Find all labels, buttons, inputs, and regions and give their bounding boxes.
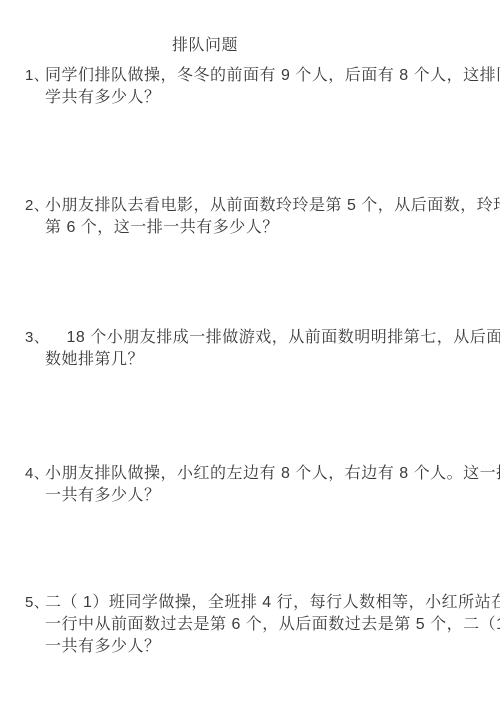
question-line: 一行中从前面数过去是第 6 个，从后面数过去是第 5 个，二（1）班: [45, 614, 477, 636]
worksheet-page: 排队问题 1、 同学们排队做操，冬冬的前面有 9 个人，后面有 8 个人，这排同…: [0, 0, 500, 708]
question-line: 二（ 1）班同学做操，全班排 4 行，每行人数相等，小红所站在的: [45, 592, 477, 614]
question-4-number: 4、: [25, 463, 45, 485]
question-2: 2、 小朋友排队去看电影，从前面数玲玲是第 5 个，从后面数，玲玲是 第 6 个…: [25, 195, 477, 239]
question-4: 4、 小朋友排队做操，小红的左边有 8 个人，右边有 8 个人。这一排 一共有多…: [25, 463, 477, 507]
question-line: 同学们排队做操，冬冬的前面有 9 个人，后面有 8 个人，这排同: [45, 65, 477, 87]
question-1-number: 1、: [25, 65, 45, 87]
question-2-number: 2、: [25, 195, 45, 217]
question-line: 第 6 个，这一排一共有多少人？: [45, 217, 477, 239]
question-1-text: 同学们排队做操，冬冬的前面有 9 个人，后面有 8 个人，这排同 学共有多少人？: [45, 65, 477, 109]
question-3: 3、 18 个小朋友排成一排做游戏，从前面数明明排第七，从后面 数她排第几？: [25, 327, 477, 371]
question-3-text: 18 个小朋友排成一排做游戏，从前面数明明排第七，从后面 数她排第几？: [45, 327, 477, 371]
question-line: 一共有多少人？: [45, 636, 477, 658]
question-line: 一共有多少人？: [45, 485, 477, 507]
question-3-number: 3、: [25, 327, 45, 349]
question-line: 数她排第几？: [45, 349, 477, 371]
question-2-text: 小朋友排队去看电影，从前面数玲玲是第 5 个，从后面数，玲玲是 第 6 个，这一…: [45, 195, 477, 239]
question-5-text: 二（ 1）班同学做操，全班排 4 行，每行人数相等，小红所站在的 一行中从前面数…: [45, 592, 477, 658]
question-line: 小朋友排队做操，小红的左边有 8 个人，右边有 8 个人。这一排: [45, 463, 477, 485]
page-title: 排队问题: [172, 35, 238, 57]
question-5: 5、 二（ 1）班同学做操，全班排 4 行，每行人数相等，小红所站在的 一行中从…: [25, 592, 477, 658]
question-1: 1、 同学们排队做操，冬冬的前面有 9 个人，后面有 8 个人，这排同 学共有多…: [25, 65, 477, 109]
question-4-text: 小朋友排队做操，小红的左边有 8 个人，右边有 8 个人。这一排 一共有多少人？: [45, 463, 477, 507]
question-line: 小朋友排队去看电影，从前面数玲玲是第 5 个，从后面数，玲玲是: [45, 195, 477, 217]
question-line: 学共有多少人？: [45, 87, 477, 109]
question-5-number: 5、: [25, 592, 45, 614]
question-line: 18 个小朋友排成一排做游戏，从前面数明明排第七，从后面: [45, 327, 477, 349]
